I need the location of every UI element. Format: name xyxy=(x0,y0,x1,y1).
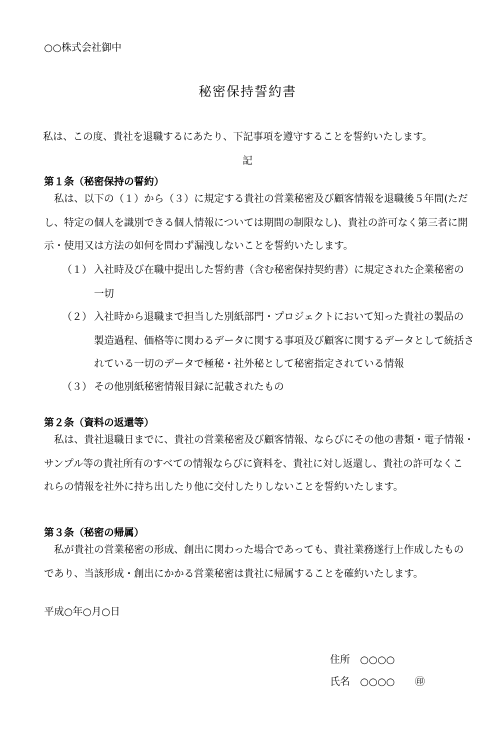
article-3-body: 私が貴社の営業秘密の形成、創出に関わった場合であっても、貴社業務遂行上作成したも… xyxy=(44,539,462,586)
item-line: その他別紙秘密情報目録に記載されたもの xyxy=(94,382,284,393)
signature-name: 氏名○○○○㊞ xyxy=(330,676,425,689)
address-value: ○○○○ xyxy=(360,654,395,667)
article-1-item-2: （２）入社時から退職まで担当した別紙部門・プロジェクトにおいて知った貴社の製品の… xyxy=(62,306,474,377)
article-2-line: れらの情報を社外に持ち出したり他に交付したりしないことを誓約いたします。 xyxy=(44,476,462,500)
article-1-item-1: （１）入社時及び在職中提出した誓約書（含む秘密保持契約書）に規定された企業秘密の… xyxy=(62,259,464,306)
addressee: ○○株式会社御中 xyxy=(44,42,121,55)
article-1-item-3: （３）その他別紙秘密情報目録に記載されたもの xyxy=(62,376,284,400)
name-label: 氏名 xyxy=(330,676,356,689)
article-2-line: 私は、貴社退職日までに、貴社の営業秘密及び顧客情報、ならびにその他の書類・電子情… xyxy=(44,429,462,453)
document-date: 平成○年○月○日 xyxy=(44,606,120,619)
intro-text: 私は、この度、貴社を退職するにあたり、下記事項を遵守することを誓約いたします。 xyxy=(43,131,432,144)
item-number: （３） xyxy=(62,376,94,400)
name-value: ○○○○ xyxy=(360,676,395,689)
item-line: 入社時から退職まで担当した別紙部門・プロジェクトにおいて知った貴社の製品の xyxy=(94,312,464,323)
seal-mark: ㊞ xyxy=(415,676,425,689)
item-line: 製造過程、価格等に関わるデータに関する事項及び顧客に関するデータとして統括さ xyxy=(62,330,474,354)
item-number: （２） xyxy=(62,306,94,330)
document-title: 秘密保持誓約書 xyxy=(0,86,495,99)
article-2-line: サンプル等の貴社所有のすべての情報ならびに資料を、貴社に対し返還し、貴社の許可な… xyxy=(44,453,462,477)
item-number: （１） xyxy=(62,259,94,283)
item-line: れている一切のデータで極秘・社外秘として秘密指定されている情報 xyxy=(62,353,474,377)
article-3-line: 私が貴社の営業秘密の形成、創出に関わった場合であっても、貴社業務遂行上作成したも… xyxy=(44,539,462,563)
address-label: 住所 xyxy=(330,654,356,667)
article-1-body: 私は、以下の（１）から（３）に規定する貴社の営業秘密及び顧客情報を退職後５年間(… xyxy=(44,188,462,259)
article-1-line: 示・使用又は方法の如何を問わず漏洩しないことを誓約いたします。 xyxy=(44,235,462,259)
signature-address: 住所○○○○ xyxy=(330,654,395,667)
article-1-line: 私は、以下の（１）から（３）に規定する貴社の営業秘密及び顧客情報を退職後５年間(… xyxy=(44,188,462,212)
article-1-line: し、特定の個人を識別できる個人情報については期間の制限なし)、貴社の許可なく第三… xyxy=(44,212,462,236)
article-2-body: 私は、貴社退職日までに、貴社の営業秘密及び顧客情報、ならびにその他の書類・電子情… xyxy=(44,429,462,500)
article-3-line: であり、当該形成・創出にかかる営業秘密は貴社に帰属することを確約いたします。 xyxy=(44,563,462,587)
ki-marker: 記 xyxy=(0,155,495,168)
item-line: 一切 xyxy=(62,283,464,307)
item-line: 入社時及び在職中提出した誓約書（含む秘密保持契約書）に規定された企業秘密の xyxy=(94,265,464,276)
